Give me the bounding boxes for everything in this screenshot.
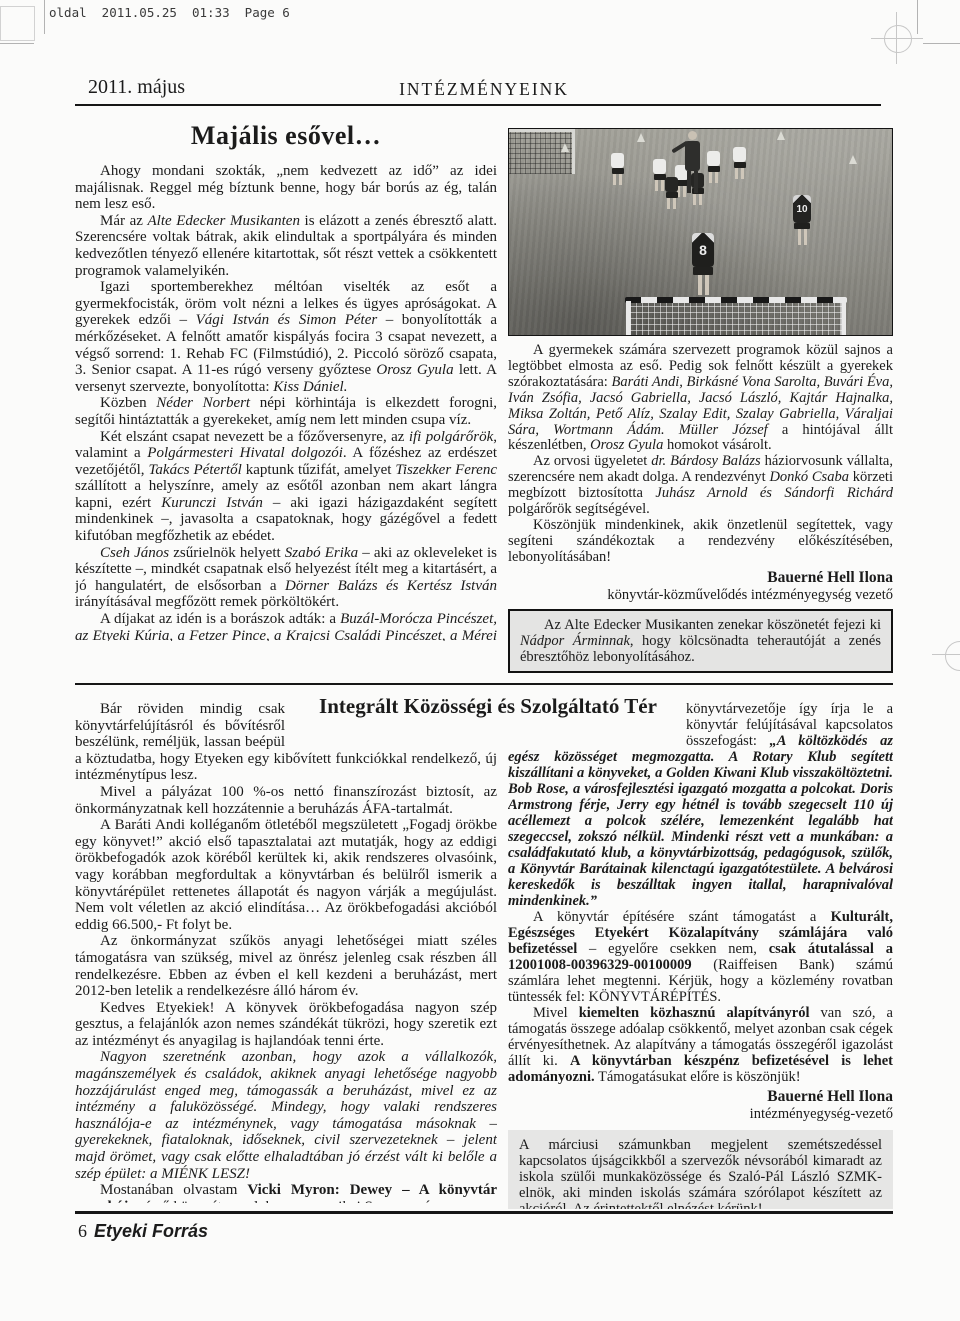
paragraph: Már az Alte Edecker Musikanten is elázot… — [75, 213, 497, 279]
section-divider-rule — [75, 683, 893, 685]
thanks-note-box: Az Alte Edecker Musikanten zenekar köszö… — [508, 609, 893, 674]
correction-note-box: A márciusi számunkban megjelent szemétsz… — [508, 1130, 893, 1209]
registration-mark-right-edge — [945, 641, 960, 671]
paragraph: Cseh János zsűrielnök helyett Szabó Erik… — [75, 545, 497, 611]
correction-note-text: A márciusi számunkban megjelent szemétsz… — [519, 1137, 882, 1209]
paragraph: Közben Néder Norbert népi körhintája is … — [75, 395, 497, 428]
training-cone — [849, 155, 857, 164]
player-white-kit — [611, 153, 624, 185]
registration-mark-top-right — [884, 25, 912, 53]
paragraph: A Baráti Andi kolléganőm ötletéből megsz… — [75, 817, 497, 933]
paragraph: Ahogy mondani szokták, „nem kedvezett az… — [75, 163, 497, 213]
article-title-majalis: Majális esővel… — [75, 121, 497, 151]
article-ikszt-body-right: könyvtárvezetője így írja le a könyvtár … — [508, 701, 893, 1085]
paragraph: Mivel a pályázat 100 %-os nettó finanszí… — [75, 784, 497, 817]
paragraph: Két elszánt csapat nevezett be a főzőver… — [75, 429, 497, 545]
paragraph: Nagyon szeretnénk azonban, hogy azok a v… — [75, 1049, 497, 1182]
signature-block: Bauerné Hell Ilona könyvtár-közművelődés… — [508, 569, 893, 603]
signature-name: Bauerné Hell Ilona — [508, 569, 893, 587]
crop-mark-top-right-horizontal — [923, 43, 960, 44]
player-number-8: 8 — [692, 233, 714, 295]
crop-mark-top-right-vertical — [917, 0, 918, 34]
player-dark-kit — [665, 177, 678, 209]
player-number-10: 10 — [793, 195, 811, 245]
player-white-kit — [733, 147, 746, 179]
signature-block: Bauerné Hell Ilona intézményegység-vezet… — [508, 1088, 893, 1122]
page-number: 6 — [78, 1221, 87, 1241]
masthead-section-title: INTÉZMÉNYEINK — [75, 79, 893, 100]
jersey-number-8: 8 — [692, 233, 714, 267]
publication-name: Etyeki Forrás — [94, 1221, 208, 1241]
crop-mark-top-left-horizontal — [0, 43, 34, 44]
coach-figure — [685, 131, 700, 193]
jersey-number-10: 10 — [793, 195, 811, 223]
paragraph: A gyermekek számára szervezett programok… — [508, 343, 893, 454]
article-majalis-right-column: A gyermekek számára szervezett programok… — [508, 343, 893, 681]
crop-mark-box — [0, 6, 35, 41]
paragraph: Mivel kiemelten közhasznú alapítványról … — [508, 1005, 893, 1085]
registration-mark-top-right-cross-h — [871, 38, 923, 39]
signature-role: intézményegység-vezető — [508, 1106, 893, 1122]
front-goal-net — [630, 303, 842, 336]
paragraph: Köszönjük mindenkinek, akik önzetlenül s… — [508, 518, 893, 566]
crop-mark-top-left-vertical — [44, 0, 45, 34]
paragraph: Kedves Etyekiek! A könyvek örökbefogadás… — [75, 1000, 497, 1050]
training-cone — [777, 131, 785, 140]
photo-children-football: 10 8 — [508, 128, 893, 336]
paragraph: A díjakat az idén is a borászok adták: a… — [75, 611, 497, 641]
article-majalis-body-right: A gyermekek számára szervezett programok… — [508, 343, 893, 566]
newspaper-page: oldal 2011.05.25 01:33 Page 6 2011. máju… — [0, 0, 960, 1321]
article-majalis-left-column: Majális esővel… Ahogy mondani szokták, „… — [75, 121, 497, 641]
signature-name: Bauerné Hell Ilona — [508, 1088, 893, 1106]
page-footer: 6Etyeki Forrás — [78, 1221, 208, 1242]
article-ikszt-left-column: Bár röviden mindig csak könyvtárfelújítá… — [75, 701, 497, 1203]
thanks-note-text: Az Alte Edecker Musikanten zenekar köszö… — [520, 617, 881, 666]
paragraph: Mostanában olvastam Vicki Myron: Dewey –… — [75, 1182, 497, 1203]
headline-runaround-spacer — [508, 701, 686, 735]
training-cone — [637, 133, 645, 142]
registration-mark-right-edge-cross-h — [932, 654, 960, 655]
print-slug: oldal 2011.05.25 01:33 Page 6 — [49, 5, 290, 20]
paragraph: Az orvosi ügyeletet dr. Bárdosy Balázs h… — [508, 454, 893, 518]
training-cone — [561, 143, 569, 152]
footer-rule — [75, 1211, 893, 1214]
article-majalis-body-left: Ahogy mondani szokták, „nem kedvezett az… — [75, 163, 497, 641]
paragraph: A könyvtár építésére szánt támogatást a … — [508, 909, 893, 1005]
article-ikszt-right-column: könyvtárvezetője így írja le a könyvtár … — [508, 701, 893, 1209]
paragraph: Igazi sportemberekhez méltóan viselték a… — [75, 279, 497, 395]
article-ikszt-body-left: Bár röviden mindig csak könyvtárfelújítá… — [75, 701, 497, 1203]
paragraph: Az önkormányzat szűkös anyagi lehetősége… — [75, 933, 497, 999]
front-goal — [625, 297, 847, 336]
player-white-kit — [707, 151, 720, 183]
headline-runaround-spacer — [285, 701, 497, 735]
masthead-rule — [75, 104, 881, 106]
signature-role: könyvtár-közművelődés intézményegység ve… — [508, 587, 893, 603]
